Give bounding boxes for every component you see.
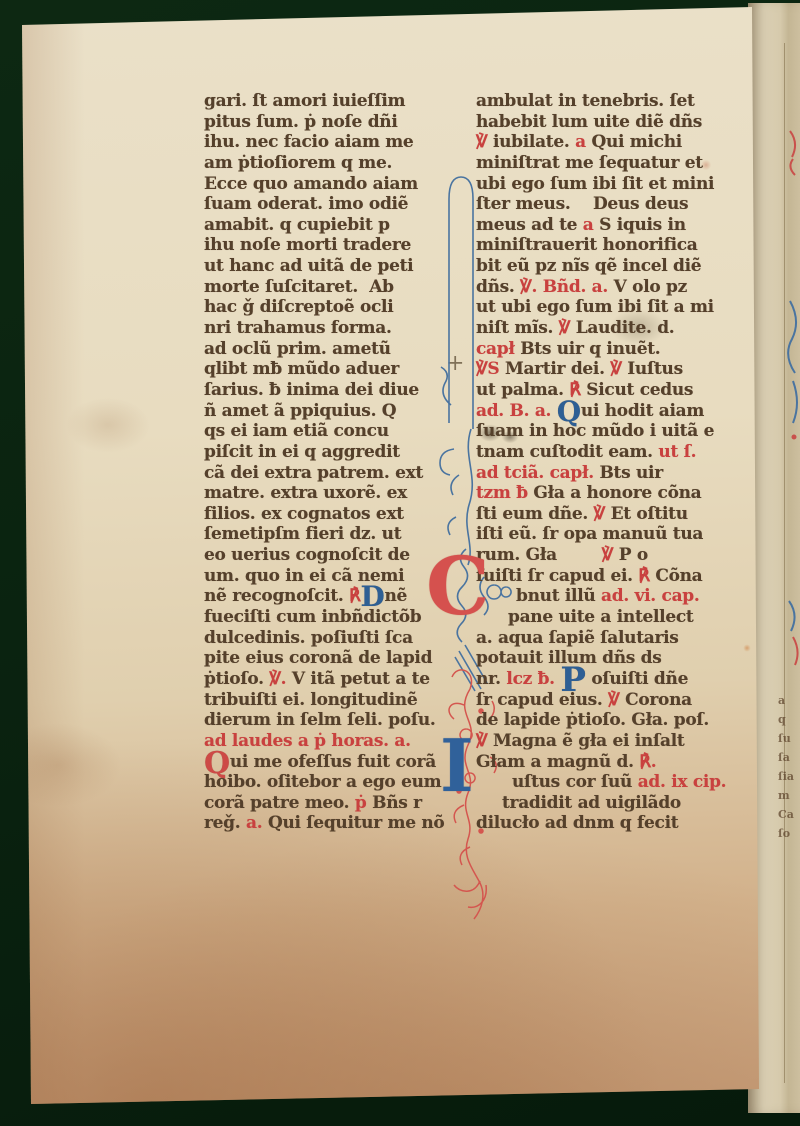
manuscript-text-line: Głam a magnũ d. ℟. — [476, 752, 732, 773]
body-text: ſuiſti ſr capud ei. — [476, 566, 638, 586]
body-text: dñs. — [476, 277, 520, 297]
rubric-text: tzm ƀ — [476, 483, 533, 503]
body-text: Magna ẽ gła ei inſalt — [493, 731, 684, 751]
manuscript-text-line: miniſtrat me ſequatur et — [476, 153, 732, 174]
body-text: habebit lum uite diẽ dñs — [476, 112, 702, 132]
rubric-text: ℣. — [269, 669, 292, 689]
body-text: nẽ recognoſcit. — [204, 586, 349, 606]
manuscript-text-line: nri trahamus forma. — [204, 318, 460, 339]
manuscript-text-line: meus ad te a S iquis in — [476, 215, 732, 236]
rubric-text: ℣ — [608, 690, 625, 710]
rubric-text: ℣. Bñd. a. — [520, 277, 613, 297]
manuscript-text-line: ihu noſe morti tradere — [204, 235, 460, 256]
body-text: eo uerius cognoſcit de — [204, 545, 410, 565]
body-text: ubi ego ſum ibi ſit et mini — [476, 174, 714, 194]
body-text: ambulat in tenebris. ſet — [476, 91, 695, 111]
manuscript-text-line: bit eũ pz nĩs qẽ incel diẽ — [476, 256, 732, 277]
manuscript-text-line: miniſtrauerit honorifica — [476, 235, 732, 256]
body-text: P o — [619, 545, 648, 565]
body-text: ui hodit aiam — [581, 401, 704, 421]
rubric-text: ℣ — [559, 318, 576, 338]
edge-text-fragment: ſu — [778, 729, 798, 748]
body-text: Sicut cedus — [586, 380, 693, 400]
body-text: hac ǧ diſcreptoẽ ocli — [204, 297, 393, 317]
edge-text-fragment: q — [778, 710, 798, 729]
body-text: pane uite a intellect — [508, 607, 693, 627]
manuscript-text-line: reǧ. a. Qui ſequitur me nõ — [204, 813, 460, 834]
manuscript-text-line: ℣ Magna ẽ gła ei inſalt — [476, 731, 732, 752]
manuscript-text-line: corã patre meo. ṗ Bñs r — [204, 793, 460, 814]
manuscript-text-line: gari. ſt amori iuieſſim — [204, 91, 460, 112]
body-text: tradidit ad uigilãdo — [502, 793, 681, 813]
body-text: hoibo. oſitebor a ego eum — [204, 772, 441, 792]
rubric-text: ad. ix cip. — [638, 772, 727, 792]
body-text: dierum in ſelm ſeli. poſu. — [204, 710, 436, 730]
body-text: Martir dei. — [505, 359, 610, 379]
body-text: cã dei extra patrem. ext — [204, 463, 423, 483]
rubric-text: ad laudes a ṗ horas. a. — [204, 731, 411, 751]
body-text: ñ amet ã ppiquius. Q — [204, 401, 396, 421]
manuscript-text-line: rum. Gła ℣ P o — [476, 545, 732, 566]
manuscript-text-line: ℣ iubilate. a Qui michi — [476, 132, 732, 153]
body-text: Bts uir q inuẽt. — [520, 339, 660, 359]
manuscript-text-line: nẽ recognoſcit. ℟Dnẽ — [204, 586, 460, 607]
manuscript-text-line: potauit illum dñs ds — [476, 648, 732, 669]
manuscript-text-line: ſr capud eius. ℣ Corona — [476, 690, 732, 711]
rubric-text: capł — [476, 339, 520, 359]
body-text: corã patre meo. — [204, 793, 355, 813]
body-text: Bts uir — [599, 463, 662, 483]
body-text: ſemetipſm fieri dz. ut — [204, 524, 401, 544]
body-text: ṗtioſo. — [204, 669, 269, 689]
manuscript-text-line: pane uite a intellect — [476, 607, 732, 628]
body-text: Głam a magnũ d. — [476, 752, 639, 772]
manuscript-text-line: tribuiſti ei. longitudinẽ — [204, 690, 460, 711]
manuscript-text-line: ubi ego ſum ibi ſit et mini — [476, 174, 732, 195]
manuscript-text-line: ad oclũ prim. ametũ — [204, 339, 460, 360]
rubric-text: ut ſ. — [658, 442, 696, 462]
body-text: Ecce quo amando aiam — [204, 174, 418, 194]
rubric-text: ℣ — [476, 731, 493, 751]
body-text: amabit. q cupiebit p — [204, 215, 390, 235]
manuscript-text-line: dilucło ad dnm q fecit — [476, 813, 732, 834]
manuscript-text-line: ſuam oderat. imo odiẽ — [204, 194, 460, 215]
rubric-text: ℟. — [639, 752, 656, 772]
body-text: ut ubi ego ſum ibi ſit a mi — [476, 297, 714, 317]
manuscript-text-line: niſt mĩs. ℣ Laudite. d. — [476, 318, 732, 339]
body-text: ut hanc ad uitã de peti — [204, 256, 413, 276]
body-text: tnam cuſtodit eam. — [476, 442, 658, 462]
manuscript-text-line: am ṗtioſiorem q me. — [204, 153, 460, 174]
manuscript-text-line: fueciſti cum inbñdictõb — [204, 607, 460, 628]
rubric-text: ℟ — [349, 586, 360, 606]
manuscript-text-line: ℣S Martir dei. ℣ Iuſtus — [476, 359, 732, 380]
body-text: S iquis in — [599, 215, 686, 235]
body-text: gari. ſt amori iuieſſim — [204, 91, 405, 111]
manuscript-text-line: ad tciã. capł. Bts uir — [476, 463, 732, 484]
rubric-text: a. — [246, 813, 268, 833]
body-text: rum. Gła — [476, 545, 602, 565]
manuscript-text-line: de lapide ṗtioſo. Gła. poſ. — [476, 710, 732, 731]
manuscript-text-line: amabit. q cupiebit p — [204, 215, 460, 236]
rubric-text: ℣ — [476, 132, 493, 152]
body-text: am ṗtioſiorem q me. — [204, 153, 392, 173]
body-text: matre. extra uxorẽ. ex — [204, 483, 407, 503]
body-text: ut palma. — [476, 380, 569, 400]
rubric-text: ℣ — [594, 504, 611, 524]
body-text: nẽ — [384, 586, 407, 606]
manuscript-text-line: a. aqua ſapiẽ ſalutaris — [476, 628, 732, 649]
manuscript-text-line: ut ubi ego ſum ibi ſit a mi — [476, 297, 732, 318]
body-text: meus ad te — [476, 215, 583, 235]
manuscript-text-line: Iuſtus cor ſuũ ad. ix cip. — [476, 772, 732, 793]
body-text: uſtus cor ſuũ — [512, 772, 638, 792]
manuscript-text-line: morte ſuſcitaret. Ab — [204, 277, 460, 298]
manuscript-text-line: ſarius. ƀ inima dei diue — [204, 380, 460, 401]
body-text: ſarius. ƀ inima dei diue — [204, 380, 419, 400]
body-text: Iuſtus — [627, 359, 683, 379]
body-text: Laudite. d. — [576, 318, 675, 338]
body-text: dilucło ad dnm q fecit — [476, 813, 678, 833]
edge-text-fragment: ſia — [778, 767, 798, 786]
manuscript-text-line: nr. lcz ƀ. P oſuiſti dñe — [476, 669, 732, 690]
manuscript-text-line: pite eius coronã de lapid — [204, 648, 460, 669]
rubric-text: ℣S — [476, 359, 505, 379]
body-text: Corona — [625, 690, 692, 710]
manuscript-text-line: qlibt mƀ mũdo aduer — [204, 359, 460, 380]
body-text: oſuiſti dñe — [586, 669, 688, 689]
body-text: ſuam oderat. imo odiẽ — [204, 194, 408, 214]
edge-text-fragment: Ca — [778, 805, 798, 824]
manuscript-text-line: cã dei extra patrem. ext — [204, 463, 460, 484]
body-text: Et oſtitu — [611, 504, 688, 524]
manuscript-text-line: qs ei iam etiã concu — [204, 421, 460, 442]
body-text: ihu noſe morti tradere — [204, 235, 411, 255]
parchment-page: + gari. ſt amori iuieſſimpitus ſum. ṗ no… — [18, 5, 759, 1105]
body-text: V olo pz — [614, 277, 687, 297]
rubric-text: ad. vi. cap. — [601, 586, 699, 606]
body-text: Qui ſequitur me nõ — [268, 813, 445, 833]
manuscript-text-line: ſemetipſm fieri dz. ut — [204, 524, 460, 545]
body-text: ad oclũ prim. ametũ — [204, 339, 391, 359]
manuscript-text-line: dierum in ſelm ſeli. poſu. — [204, 710, 460, 731]
manuscript-photo: { "document": { "kind": "illuminated man… — [0, 0, 800, 1126]
body-text: ſuam in hoc mũdo i uitã e — [476, 421, 714, 441]
body-text: Bñs r — [372, 793, 422, 813]
manuscript-text-line: ſter meus. Deus deus — [476, 194, 732, 215]
body-text: tribuiſti ei. longitudinẽ — [204, 690, 417, 710]
manuscript-text-line: um. quo in ei cã nemi — [204, 566, 460, 587]
illuminated-initial: I — [440, 730, 473, 802]
body-text: qlibt mƀ mũdo aduer — [204, 359, 399, 379]
manuscript-text-line: tradidit ad uigilãdo — [476, 793, 732, 814]
body-text: iſti eũ. ſr opa manuũ tua — [476, 524, 703, 544]
facing-page-text-sliver: aqſuſaſiamCaſo — [778, 691, 798, 843]
manuscript-text-line: tnam cuſtodit eam. ut ſ. — [476, 442, 732, 463]
manuscript-text-line: filios. ex cognatos ext — [204, 504, 460, 525]
manuscript-text-line: hac ǧ diſcreptoẽ ocli — [204, 297, 460, 318]
rubric-text: lcz ƀ. — [506, 669, 560, 689]
manuscript-text-line: Qui me ofeſſus fuit corã — [204, 752, 460, 773]
rubric-text: ad tciã. capł. — [476, 463, 599, 483]
manuscript-text-line: ad. B. a. Qui hodit aiam — [476, 401, 732, 422]
rubric-text: ad. B. a. — [476, 401, 557, 421]
manuscript-text-line: matre. extra uxorẽ. ex — [204, 483, 460, 504]
rubric-text: ℣ — [610, 359, 627, 379]
body-text: nri trahamus forma. — [204, 318, 392, 338]
facing-page-leaf-line — [784, 43, 785, 1083]
body-text: ſti eum dñe. — [476, 504, 594, 524]
body-text: filios. ex cognatos ext — [204, 504, 404, 524]
body-text: Qui michi — [591, 132, 681, 152]
body-text: pite eius coronã de lapid — [204, 648, 432, 668]
body-text: de lapide ṗtioſo. Gła. poſ. — [476, 710, 709, 730]
body-text: piſcit in ei q aggredit — [204, 442, 400, 462]
manuscript-text-line: tzm ƀ Gła a honore cõna — [476, 483, 732, 504]
rubric-text: ℟ — [638, 566, 655, 586]
rubric-text: ṗ — [355, 793, 372, 813]
body-text: bit eũ pz nĩs qẽ incel diẽ — [476, 256, 701, 276]
manuscript-text-line: ad laudes a ṗ horas. a. — [204, 731, 460, 752]
manuscript-text-line: ṗtioſo. ℣. V itã petut a te — [204, 669, 460, 690]
body-text: reǧ. — [204, 813, 246, 833]
edge-text-fragment: ſo — [778, 824, 798, 843]
body-text: dulcedinis. poſiuſti ſca — [204, 628, 413, 648]
body-text: Gła a honore cõna — [533, 483, 701, 503]
body-text: ui me ofeſſus fuit corã — [230, 752, 436, 772]
manuscript-text-line: pitus ſum. ṗ noſe dñi — [204, 112, 460, 133]
body-text: pitus ſum. ṗ noſe dñi — [204, 112, 398, 132]
body-text: iubilate. — [493, 132, 575, 152]
manuscript-text-line: dulcedinis. poſiuſti ſca — [204, 628, 460, 649]
rubric-text: a — [575, 132, 591, 152]
manuscript-text-line: ſuiſti ſr capud ei. ℟ Cõna — [476, 566, 732, 587]
edge-text-fragment: m — [778, 786, 798, 805]
body-text: qs ei iam etiã concu — [204, 421, 389, 441]
body-text: Cõna — [655, 566, 702, 586]
manuscript-text-line: ut hanc ad uitã de peti — [204, 256, 460, 277]
manuscript-text-line: ut palma. ℟ Sicut cedus — [476, 380, 732, 401]
manuscript-text-line: Ecce quo amando aiam — [204, 174, 460, 195]
body-text: nr. — [476, 669, 506, 689]
right-text-column: ambulat in tenebris. ſethabebit lum uite… — [476, 91, 732, 834]
manuscript-text-line: iſti eũ. ſr opa manuũ tua — [476, 524, 732, 545]
body-text: bnut illũ — [516, 586, 601, 606]
body-text: ſter meus. Deus deus — [476, 194, 688, 214]
body-text: niſt mĩs. — [476, 318, 559, 338]
left-text-column: gari. ſt amori iuieſſimpitus ſum. ṗ noſe… — [204, 91, 460, 834]
body-text: fueciſti cum inbñdictõb — [204, 607, 421, 627]
manuscript-text-line: habebit lum uite diẽ dñs — [476, 112, 732, 133]
manuscript-text-line: capł Bts uir q inuẽt. — [476, 339, 732, 360]
manuscript-text-line: ſuam in hoc mũdo i uitã e — [476, 421, 732, 442]
manuscript-text-line: dñs. ℣. Bñd. a. V olo pz — [476, 277, 732, 298]
body-text: a. aqua ſapiẽ ſalutaris — [476, 628, 679, 648]
manuscript-text-line: piſcit in ei q aggredit — [204, 442, 460, 463]
manuscript-text-line: Cbnut illũ ad. vi. cap. — [476, 586, 732, 607]
manuscript-text-line: eo uerius cognoſcit de — [204, 545, 460, 566]
manuscript-text-line: hoibo. oſitebor a ego eum — [204, 772, 460, 793]
rubric-text: ℣ — [602, 545, 619, 565]
rubric-text: a — [583, 215, 599, 235]
body-text: ſr capud eius. — [476, 690, 608, 710]
body-text: miniſtrat me ſequatur et — [476, 153, 703, 173]
body-text: V itã petut a te — [292, 669, 430, 689]
manuscript-text-line: ambulat in tenebris. ſet — [476, 91, 732, 112]
manuscript-text-line: ñ amet ã ppiquius. Q — [204, 401, 460, 422]
body-text: miniſtrauerit honorifica — [476, 235, 698, 255]
edge-text-fragment: ſa — [778, 748, 798, 767]
edge-text-fragment: a — [778, 691, 798, 710]
manuscript-text-line: ſti eum dñe. ℣ Et oſtitu — [476, 504, 732, 525]
body-text: morte ſuſcitaret. Ab — [204, 277, 394, 297]
body-text: ihu. nec facio aiam me — [204, 132, 413, 152]
manuscript-text-line: ihu. nec facio aiam me — [204, 132, 460, 153]
